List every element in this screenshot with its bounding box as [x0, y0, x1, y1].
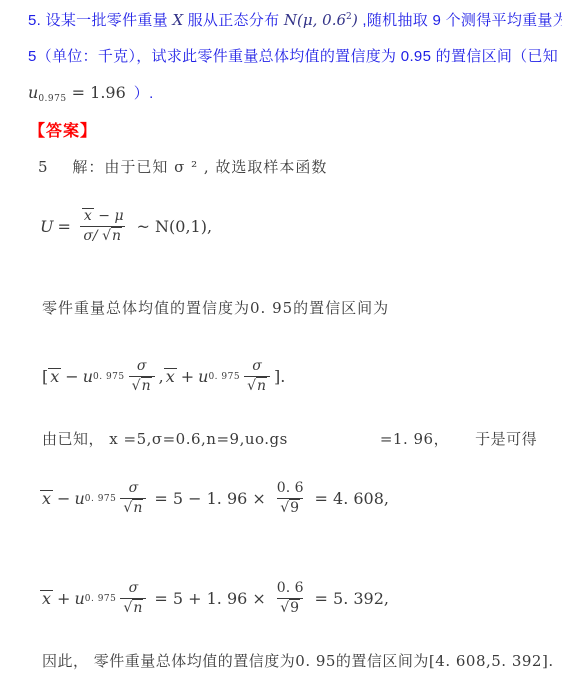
sqrt-n: √n — [102, 227, 122, 244]
sqrt-9: √9 — [280, 599, 300, 616]
fraction-denominator: √9 — [277, 598, 303, 618]
math-u: u — [74, 489, 84, 508]
question-line-3: u0.975 = 1.96）. — [28, 82, 154, 104]
conclusion-text: 因此， 零件重量总体均值的置信度为0. 95的置信区间为[4. 608,5. 3… — [42, 650, 554, 671]
question-text: ,随机抽取 9 个测得平均重量为 — [358, 12, 562, 29]
formula-confidence-interval: [x − u0. 975 σ √n ,x + u0. 975 σ √n ]. — [42, 358, 285, 395]
math-u-subscript: 0.975 — [38, 94, 66, 104]
math-equals-value: = 1.96 — [67, 83, 126, 102]
fraction-numerator: σ — [126, 480, 142, 498]
radical-sign: √ — [280, 500, 289, 516]
math-x-bar: x — [40, 490, 53, 508]
fraction-sigma-over-sqrtn: σ √n — [129, 358, 155, 395]
bracket-close: ]. — [274, 367, 285, 386]
document-page: 5. 设某一批零件重量 X 服从正态分布 N(μ, 0.62) ,随机抽取 9 … — [0, 0, 562, 683]
minus-sign: − — [98, 208, 110, 224]
fraction-numerator: 0. 6 — [274, 580, 307, 598]
plus-sign: + — [57, 589, 70, 608]
fraction-numerator: x − μ — [79, 208, 127, 226]
answer-label: 【答案】 — [29, 118, 97, 141]
fraction-sigma-over-sqrtn: σ √n — [120, 480, 146, 517]
math-x-bar: x — [40, 590, 53, 608]
fraction-sigma-over-sqrtn: σ √n — [120, 580, 146, 617]
equation-result: = 4. 608, — [315, 489, 389, 508]
fraction-0.6-over-sqrt9: 0. 6 √9 — [274, 580, 307, 617]
radical-sign: √ — [123, 500, 132, 516]
sqrt-9: √9 — [280, 499, 300, 516]
sqrt-n: √n — [123, 499, 143, 516]
radical-sign: √ — [132, 378, 141, 394]
radicand-n: n — [132, 599, 143, 616]
question-text: 5. 设某一批零件重量 — [28, 12, 172, 29]
sqrt-n: √n — [123, 599, 143, 616]
radicand-n: n — [141, 377, 152, 394]
formula-upper-bound: x + u0. 975 σ √n = 5 + 1. 96 × 0. 6 √9 =… — [40, 580, 393, 617]
formula-lower-bound: x − u0. 975 σ √n = 5 − 1. 96 × 0. 6 √9 =… — [40, 480, 393, 517]
sqrt-n: √n — [247, 377, 267, 394]
radicand-9: 9 — [289, 499, 300, 516]
fraction-denominator: √n — [120, 498, 146, 518]
fraction-denominator: √n — [120, 598, 146, 618]
equation-result: = 5. 392, — [315, 589, 389, 608]
math-u-subscript: 0. 975 — [85, 494, 117, 504]
formula-sample-function: U = x − μ σ/ √n ~ N(0,1), — [40, 208, 212, 245]
solution-heading-text: 解：由于已知 σ ² , 故选取样本函数 — [72, 158, 327, 176]
question-line-1: 5. 设某一批零件重量 X 服从正态分布 N(μ, 0.62) ,随机抽取 9 … — [28, 9, 562, 30]
radicand-n: n — [111, 227, 122, 244]
known-u-value: =1. 96， — [380, 430, 449, 448]
math-distribution: ~ N(0,1), — [137, 217, 213, 236]
equation-middle: = 5 + 1. 96 × — [154, 589, 265, 608]
equals-sign: = — [57, 217, 70, 236]
fraction-sigma-over-sqrtn: σ √n — [244, 358, 270, 395]
radicand-n: n — [132, 499, 143, 516]
math-u-subscript: 0. 975 — [85, 594, 117, 604]
radical-sign: √ — [247, 378, 256, 394]
math-u: u — [83, 367, 93, 386]
math-x-bar: x — [48, 368, 61, 386]
fraction-numerator: σ — [134, 358, 150, 376]
fraction-xbar-mu-over-sigma-sqrtn: x − μ σ/ √n — [79, 208, 127, 245]
math-x-bar: x — [82, 208, 94, 224]
fraction-numerator: σ — [249, 358, 265, 376]
fraction-denominator: √n — [129, 376, 155, 396]
math-u-subscript: 0. 975 — [208, 372, 240, 382]
math-x-bar: x — [164, 368, 177, 386]
sqrt-n: √n — [132, 377, 152, 394]
question-text: 服从正态分布 — [183, 12, 284, 29]
math-normal-distribution: N(μ, 0.6 — [284, 11, 346, 29]
known-values-line: 由已知， x =5,σ=0.6,n=9,uo.gs=1. 96，于是可得 — [42, 428, 537, 449]
fraction-numerator: 0. 6 — [274, 480, 307, 498]
interval-intro-text: 零件重量总体均值的置信度为0. 95的置信区间为 — [42, 297, 389, 318]
math-U: U — [40, 217, 53, 236]
plus-sign: + — [181, 367, 194, 386]
math-sigma-slash: σ/ — [83, 228, 97, 244]
math-u-subscript: 0. 975 — [93, 372, 125, 382]
fraction-denominator: √9 — [277, 498, 303, 518]
math-u: u — [74, 589, 84, 608]
math-u: u — [28, 83, 38, 102]
radical-sign: √ — [280, 600, 289, 616]
solution-heading: 5 解：由于已知 σ ² , 故选取样本函数 — [38, 156, 327, 177]
radicand-9: 9 — [289, 599, 300, 616]
question-close-paren: ）. — [134, 85, 154, 102]
math-u-quantile: u0.975 = 1.96 — [28, 83, 126, 102]
fraction-0.6-over-sqrt9: 0. 6 √9 — [274, 480, 307, 517]
solution-number: 5 — [38, 158, 49, 176]
math-mu: μ — [114, 208, 123, 224]
math-u: u — [198, 367, 208, 386]
fraction-denominator: σ/ √n — [80, 226, 125, 246]
fraction-numerator: σ — [126, 580, 142, 598]
math-variable-X: X — [172, 11, 183, 29]
known-conclusion-text: 于是可得 — [475, 430, 537, 448]
minus-sign: − — [57, 489, 70, 508]
question-line-2: 5（单位：千克），试求此零件重量总体均值的置信度为 0.95 的置信区间（已知 — [28, 45, 558, 66]
radical-sign: √ — [102, 228, 111, 244]
fraction-denominator: √n — [244, 376, 270, 396]
equation-middle: = 5 − 1. 96 × — [154, 489, 265, 508]
radicand-n: n — [256, 377, 267, 394]
known-values-text: 由已知， x =5,σ=0.6,n=9,uo.gs — [42, 430, 288, 448]
minus-sign: − — [65, 367, 78, 386]
radical-sign: √ — [123, 600, 132, 616]
